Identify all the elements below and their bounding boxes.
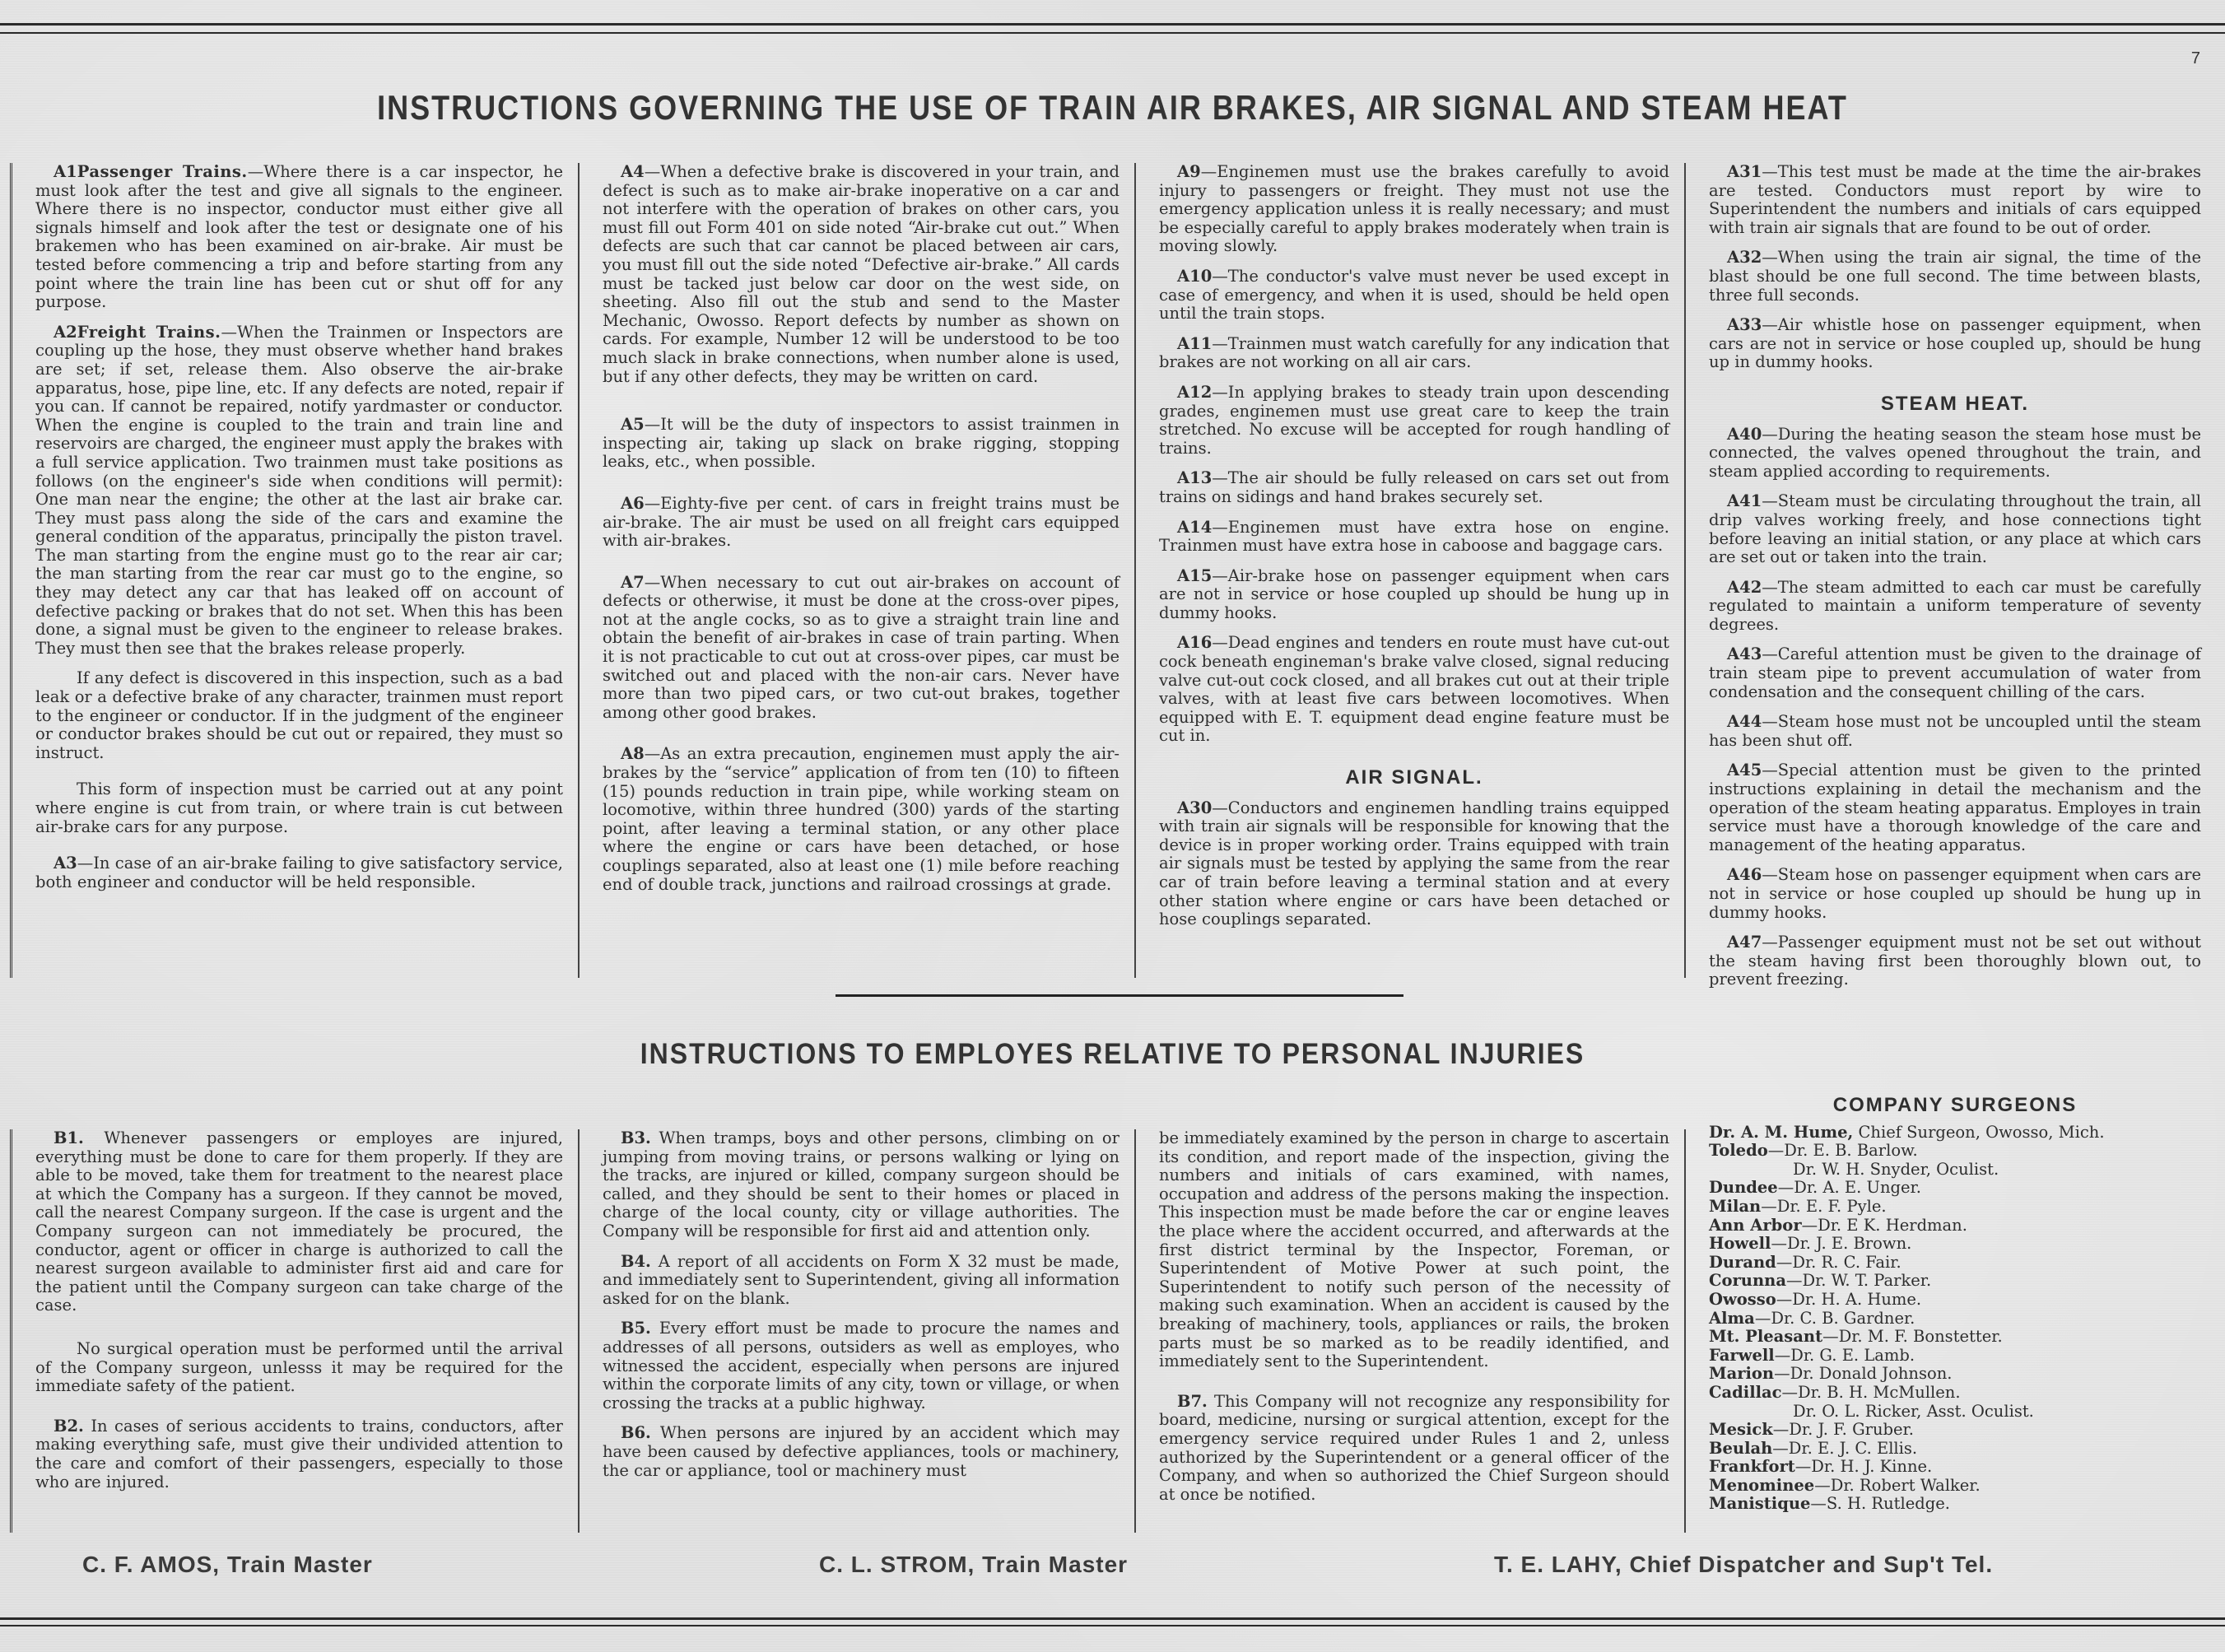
surgeon-city: Beulah xyxy=(1709,1439,1772,1458)
rule-label: A42 xyxy=(1727,578,1762,597)
surgeon-name: Dr. W. H. Snyder, Oculist. xyxy=(1793,1160,1999,1179)
rule-label: A13 xyxy=(1177,468,1212,487)
rule-label: A5 xyxy=(621,415,645,434)
surgeon-city: Marion xyxy=(1709,1364,1774,1383)
rule-text: —When using the train air signal, the ti… xyxy=(1709,248,2201,304)
rule-a42: A42—The steam admitted to each car must … xyxy=(1709,579,2201,635)
rule-a9: A9—Enginemen must use the brakes careful… xyxy=(1159,163,1669,256)
rule-label: A9 xyxy=(1177,162,1201,181)
rule-b3: B3. When tramps, boys and other persons,… xyxy=(603,1129,1119,1241)
rule-text: —Special attention must be given to the … xyxy=(1709,761,2201,854)
rule-text: —Eighty-five per cent. of cars in freigh… xyxy=(603,494,1119,550)
rule-text: —In case of an air-brake failing to give… xyxy=(35,854,563,891)
rule-a1: A1—Passenger Trains.—Where there is a ca… xyxy=(35,163,563,312)
signature-lahy: T. E. LAHY, Chief Dispatcher and Sup't T… xyxy=(1494,1552,1993,1578)
surgeon-name: Dr. O. L. Ricker, Asst. Oculist. xyxy=(1793,1402,2034,1421)
rule-text: This Company will not recognize any resp… xyxy=(1159,1392,1669,1504)
surgeon-entry: Farwell—Dr. G. E. Lamb. xyxy=(1709,1347,2201,1366)
surgeon-name: —Dr. G. E. Lamb. xyxy=(1775,1346,1915,1365)
rule-b7: B7. This Company will not recognize any … xyxy=(1159,1393,1669,1505)
rule-text: —Trainmen must watch carefully for any i… xyxy=(1159,334,1669,372)
surgeon-name: —Dr. A. E. Unger. xyxy=(1778,1178,1921,1197)
surgeon-entry: Marion—Dr. Donald Johnson. xyxy=(1709,1365,2201,1384)
rule-label: A40 xyxy=(1727,425,1762,444)
surgeon-entry: Mt. Pleasant—Dr. M. F. Bonstetter. xyxy=(1709,1328,2201,1347)
rule-b1: B1. Whenever passengers or employes are … xyxy=(35,1129,563,1315)
rule-text: When tramps, boys and other persons, cli… xyxy=(603,1128,1119,1240)
rule-label: B1. xyxy=(54,1128,84,1147)
injuries-column-3: be immediately examined by the person in… xyxy=(1134,1129,1684,1533)
surgeon-city: Farwell xyxy=(1709,1346,1775,1365)
rule-label: A10 xyxy=(1177,267,1212,286)
column-4: A31—This test must be made at the time t… xyxy=(1684,163,2216,978)
rule-text: —In applying brakes to steady train upon… xyxy=(1159,383,1669,458)
rule-text: —Enginemen must use the brakes carefully… xyxy=(1159,162,1669,255)
surgeon-name: —Dr. E. F. Pyle. xyxy=(1761,1197,1886,1216)
rule-b5: B5. Every effort must be made to procure… xyxy=(603,1319,1119,1412)
surgeon-city: Toledo xyxy=(1709,1141,1768,1160)
surgeon-list: Dr. A. M. Hume, Chief Surgeon, Owosso, M… xyxy=(1709,1124,2201,1514)
surgeon-city: Corunna xyxy=(1709,1271,1786,1290)
surgeon-entry: Mesick—Dr. J. F. Gruber. xyxy=(1709,1421,2201,1440)
rule-a6: A6—Eighty-five per cent. of cars in frei… xyxy=(603,495,1119,551)
page-title: INSTRUCTIONS GOVERNING THE USE OF TRAIN … xyxy=(0,88,2225,128)
signatures: C. F. AMOS, Train Master C. L. STROM, Tr… xyxy=(0,1552,2225,1585)
surgeon-name: —Dr. H. A. Hume. xyxy=(1776,1290,1921,1309)
rule-a44: A44—Steam hose must not be uncoupled unt… xyxy=(1709,713,2201,750)
rule-text: —The air should be fully released on car… xyxy=(1159,468,1669,506)
rule-a43: A43—Careful attention must be given to t… xyxy=(1709,645,2201,701)
surgeon-name: —Dr. E. B. Barlow. xyxy=(1768,1141,1918,1160)
injuries-columns: B1. Whenever passengers or employes are … xyxy=(10,1129,2216,1533)
rule-text: —It will be the duty of inspectors to as… xyxy=(603,415,1119,471)
rule-a12: A12—In applying brakes to steady train u… xyxy=(1159,384,1669,458)
page-number: 7 xyxy=(2191,49,2200,68)
rule-a7: A7—When necessary to cut out air-brakes … xyxy=(603,574,1119,723)
rule-label: A32 xyxy=(1727,248,1762,267)
rule-text: —When a defective brake is discovered in… xyxy=(603,162,1119,386)
rule-a45: A45—Special attention must be given to t… xyxy=(1709,761,2201,854)
rule-b6: B6. When persons are injured by an accid… xyxy=(603,1424,1119,1480)
rule-title: Passenger Trains. xyxy=(77,162,248,181)
rule-label: A8 xyxy=(621,744,645,763)
rule-label: A33 xyxy=(1727,315,1762,334)
rule-text: —Steam hose must not be uncoupled until … xyxy=(1709,712,2201,750)
surgeon-entry: Owosso—Dr. H. A. Hume. xyxy=(1709,1291,2201,1310)
surgeon-entry: Dundee—Dr. A. E. Unger. xyxy=(1709,1179,2201,1198)
surgeon-name: —S. H. Rutledge. xyxy=(1810,1494,1950,1513)
surgeon-city: Dundee xyxy=(1709,1178,1778,1197)
rule-text: —Conductors and enginemen handling train… xyxy=(1159,798,1669,929)
surgeon-city: Owosso xyxy=(1709,1290,1776,1309)
rule-a8: A8—As an extra precaution, enginemen mus… xyxy=(603,745,1119,894)
surgeon-name: —Dr. R. C. Fair. xyxy=(1776,1253,1901,1272)
surgeon-entry: Menominee—Dr. Robert Walker. xyxy=(1709,1477,2201,1496)
rule-b4: B4. A report of all accidents on Form X … xyxy=(603,1253,1119,1309)
rule-text: —Steam must be circulating throughout th… xyxy=(1709,491,2201,566)
rule-label: A4 xyxy=(621,162,645,181)
surgeon-name: —Dr. Robert Walker. xyxy=(1814,1476,1980,1495)
rule-text: Every effort must be made to procure the… xyxy=(603,1319,1119,1412)
surgeon-city: Durand xyxy=(1709,1253,1776,1272)
surgeon-city: Menominee xyxy=(1709,1476,1814,1495)
surgeon-name: Chief Surgeon, Owosso, Mich. xyxy=(1853,1123,2104,1142)
surgeon-entry: Cadillac—Dr. B. H. McMullen. xyxy=(1709,1384,2201,1403)
rule-label: A16 xyxy=(1177,633,1212,652)
signature-strom: C. L. STROM, Train Master xyxy=(819,1552,1128,1578)
surgeon-name: —Dr. M. F. Bonstetter. xyxy=(1822,1327,2003,1346)
rule-label: A44 xyxy=(1727,712,1762,731)
rule-label: A41 xyxy=(1727,491,1762,510)
air-brakes-columns: A1—Passenger Trains.—Where there is a ca… xyxy=(10,163,2216,978)
top-double-rule xyxy=(0,23,2225,34)
rule-text: Whenever passengers or employes are inju… xyxy=(35,1128,563,1315)
rule-a33: A33—Air whistle hose on passenger equipm… xyxy=(1709,316,2201,372)
rule-a2: A2—Freight Trains.—When the Trainmen or … xyxy=(35,323,563,658)
section-divider xyxy=(836,994,1403,997)
surgeon-entry: Manistique—S. H. Rutledge. xyxy=(1709,1495,2201,1514)
rule-label: A43 xyxy=(1727,645,1762,663)
rule-label: A3 xyxy=(54,854,77,873)
surgeon-name: —Dr. W. T. Parker. xyxy=(1786,1271,1931,1290)
rule-a40: A40—During the heating season the steam … xyxy=(1709,426,2201,482)
injuries-column-2: B3. When tramps, boys and other persons,… xyxy=(578,1129,1134,1533)
rule-label: A46 xyxy=(1727,865,1762,884)
rule-b2: B2. In cases of serious accidents to tra… xyxy=(35,1417,563,1491)
rule-a13: A13—The air should be fully released on … xyxy=(1159,469,1669,506)
rule-label: A31 xyxy=(1727,162,1762,181)
surgeon-city: Cadillac xyxy=(1709,1383,1782,1402)
rule-a32: A32—When using the train air signal, the… xyxy=(1709,249,2201,305)
surgeon-entry: Howell—Dr. J. E. Brown. xyxy=(1709,1235,2201,1254)
surgeon-name: —Dr. C. B. Gardner. xyxy=(1755,1309,1915,1328)
rule-text: —This test must be made at the time the … xyxy=(1709,162,2201,237)
surgeon-entry: Corunna—Dr. W. T. Parker. xyxy=(1709,1272,2201,1291)
defect-paragraph: If any defect is discovered in this insp… xyxy=(35,669,563,762)
rule-text: A report of all accidents on Form X 32 m… xyxy=(603,1252,1119,1308)
rule-text: —Passenger equipment must not be set out… xyxy=(1709,933,2201,989)
rule-text: —When the Trainmen or Inspectors are cou… xyxy=(35,323,563,658)
rule-a47: A47—Passenger equipment must not be set … xyxy=(1709,933,2201,989)
steam-heat-heading: STEAM HEAT. xyxy=(1709,395,2201,414)
surgeon-entry: Dr. W. H. Snyder, Oculist. xyxy=(1709,1161,2201,1180)
rule-label: A45 xyxy=(1727,761,1762,779)
rule-text: —The steam admitted to each car must be … xyxy=(1709,578,2201,634)
rule-a11: A11—Trainmen must watch carefully for an… xyxy=(1159,335,1669,372)
surgeon-entry: Toledo—Dr. E. B. Barlow. xyxy=(1709,1142,2201,1161)
surgeon-entry: Ann Arbor—Dr. E K. Herdman. xyxy=(1709,1217,2201,1236)
surgical-operation-note: No surgical operation must be performed … xyxy=(35,1340,563,1396)
rule-a10: A10—The conductor's valve must never be … xyxy=(1159,268,1669,323)
rule-a4: A4—When a defective brake is discovered … xyxy=(603,163,1119,386)
surgeon-entry: Dr. O. L. Ricker, Asst. Oculist. xyxy=(1709,1403,2201,1422)
bottom-double-rule xyxy=(0,1617,2225,1626)
surgeon-city: Alma xyxy=(1709,1309,1755,1328)
rule-label: B2. xyxy=(54,1417,84,1436)
rule-a15: A15—Air-brake hose on passenger equipmen… xyxy=(1159,567,1669,623)
rule-text: —Dead engines and tenders en route must … xyxy=(1159,633,1669,745)
injuries-column-1: B1. Whenever passengers or employes are … xyxy=(10,1129,578,1533)
rule-label: B6. xyxy=(621,1423,651,1442)
rule-text: —Where there is a car inspector, he must… xyxy=(35,162,563,311)
surgeon-city: Ann Arbor xyxy=(1709,1216,1802,1235)
surgeon-name: —Dr. Donald Johnson. xyxy=(1774,1364,1952,1383)
rule-text: —Air-brake hose on passenger equipment w… xyxy=(1159,566,1669,622)
rule-label: A14 xyxy=(1177,518,1212,537)
rule-b6-continued: be immediately examined by the person in… xyxy=(1159,1129,1669,1371)
surgeon-city: Howell xyxy=(1709,1234,1771,1253)
rule-text: —As an extra precaution, enginemen must … xyxy=(603,744,1119,893)
rule-title: Freight Trains. xyxy=(77,323,221,342)
surgeon-city: Manistique xyxy=(1709,1494,1810,1513)
surgeon-entry: Frankfort—Dr. H. J. Kinne. xyxy=(1709,1458,2201,1477)
surgeon-city: Milan xyxy=(1709,1197,1761,1216)
surgeon-city: Dr. A. M. Hume, xyxy=(1709,1123,1853,1142)
rule-label: A15 xyxy=(1177,566,1212,585)
rule-label: B5. xyxy=(621,1319,651,1338)
company-surgeons: COMPANY SURGEONS Dr. A. M. Hume, Chief S… xyxy=(1684,1129,2216,1533)
rule-text: —During the heating season the steam hos… xyxy=(1709,425,2201,481)
rule-label: B3. xyxy=(621,1128,651,1147)
rule-a46: A46—Steam hose on passenger equipment wh… xyxy=(1709,866,2201,922)
rule-a31: A31—This test must be made at the time t… xyxy=(1709,163,2201,237)
surgeon-entry: Durand—Dr. R. C. Fair. xyxy=(1709,1254,2201,1273)
rule-label: B7. xyxy=(1177,1392,1208,1411)
surgeon-entry: Alma—Dr. C. B. Gardner. xyxy=(1709,1310,2201,1329)
surgeon-name: —Dr. J. E. Brown. xyxy=(1771,1234,1911,1253)
rule-a3: A3—In case of an air-brake failing to gi… xyxy=(35,854,563,891)
rule-label: A2 xyxy=(54,323,77,342)
signature-amos: C. F. AMOS, Train Master xyxy=(82,1552,373,1578)
surgeon-city: Mesick xyxy=(1709,1420,1773,1439)
column-3: A9—Enginemen must use the brakes careful… xyxy=(1134,163,1684,978)
surgeon-name: —Dr. J. F. Gruber. xyxy=(1773,1420,1914,1439)
rule-a16: A16—Dead engines and tenders en route mu… xyxy=(1159,634,1669,746)
rule-label: A30 xyxy=(1177,798,1212,817)
rule-text: —Careful attention must be given to the … xyxy=(1709,645,2201,700)
rule-a30: A30—Conductors and enginemen handling tr… xyxy=(1159,799,1669,929)
rule-text: In cases of serious accidents to trains,… xyxy=(35,1417,563,1491)
rule-text: —Air whistle hose on passenger equipment… xyxy=(1709,315,2201,371)
surgeon-city: Frankfort xyxy=(1709,1457,1795,1476)
rule-label: A11 xyxy=(1177,334,1212,353)
surgeon-name: —Dr. E K. Herdman. xyxy=(1802,1216,1967,1235)
rule-label: A1 xyxy=(54,162,77,181)
rule-label: A6 xyxy=(621,494,645,513)
inspection-paragraph: This form of inspection must be carried … xyxy=(35,780,563,836)
surgeon-name: —Dr. B. H. McMullen. xyxy=(1782,1383,1961,1402)
rule-text: —The conductor's valve must never be use… xyxy=(1159,267,1669,323)
rule-a5: A5—It will be the duty of inspectors to … xyxy=(603,416,1119,472)
rule-text: —Steam hose on passenger equipment when … xyxy=(1709,865,2201,921)
rule-a41: A41—Steam must be circulating throughout… xyxy=(1709,492,2201,566)
surgeons-heading: COMPANY SURGEONS xyxy=(1709,1096,2201,1115)
rule-text: —When necessary to cut out air-brakes on… xyxy=(603,573,1119,722)
rule-label: B4. xyxy=(621,1252,651,1271)
air-signal-heading: AIR SIGNAL. xyxy=(1159,769,1669,788)
column-2: A4—When a defective brake is discovered … xyxy=(578,163,1134,978)
rule-a14: A14—Enginemen must have extra hose on en… xyxy=(1159,519,1669,556)
injuries-title: INSTRUCTIONS TO EMPLOYES RELATIVE TO PER… xyxy=(0,1037,2225,1071)
surgeon-entry: Milan—Dr. E. F. Pyle. xyxy=(1709,1198,2201,1217)
rule-label: A12 xyxy=(1177,383,1212,402)
surgeon-entry: Dr. A. M. Hume, Chief Surgeon, Owosso, M… xyxy=(1709,1124,2201,1142)
surgeon-city: Mt. Pleasant xyxy=(1709,1327,1822,1346)
rule-text: —Enginemen must have extra hose on engin… xyxy=(1159,518,1669,556)
surgeon-name: —Dr. H. J. Kinne. xyxy=(1795,1457,1932,1476)
surgeon-name: —Dr. E. J. C. Ellis. xyxy=(1772,1439,1917,1458)
rule-label: A47 xyxy=(1727,933,1762,952)
surgeon-entry: Beulah—Dr. E. J. C. Ellis. xyxy=(1709,1440,2201,1459)
rule-text: When persons are injured by an accident … xyxy=(603,1423,1119,1479)
column-1: A1—Passenger Trains.—Where there is a ca… xyxy=(10,163,578,978)
rule-label: A7 xyxy=(621,573,645,592)
